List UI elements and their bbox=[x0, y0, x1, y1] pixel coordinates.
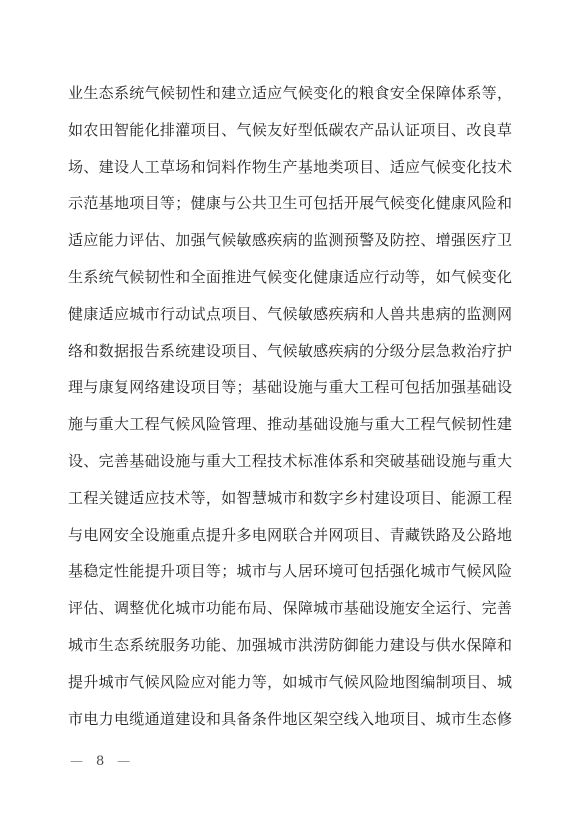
text-line: 场、建设人工草场和饲料作物生产基地类项目、适应气候变化技术 bbox=[68, 149, 512, 186]
text-line: 如农田智能化排灌项目、气候友好型低碳农产品认证项目、改良草 bbox=[68, 112, 512, 149]
text-line: 施与重大工程气候风险管理、推动基础设施与重大工程气候韧性建 bbox=[68, 406, 512, 443]
text-line: 生系统气候韧性和全面推进气候变化健康适应行动等，如气候变化 bbox=[68, 259, 512, 296]
text-line: 业生态系统气候韧性和建立适应气候变化的粮食安全保障体系等， bbox=[68, 75, 512, 112]
text-line: 与电网安全设施重点提升多电网联合并网项目、青藏铁路及公路地 bbox=[68, 517, 512, 554]
text-line: 基稳定性能提升项目等；城市与人居环境可包括强化城市气候风险 bbox=[68, 553, 512, 590]
text-line: 络和数据报告系统建设项目、气候敏感疾病的分级分层急救治疗护 bbox=[68, 333, 512, 370]
text-line: 提升城市气候风险应对能力等，如城市气候风险地图编制项目、城 bbox=[68, 664, 512, 701]
text-line: 适应能力评估、加强气候敏感疾病的监测预警及防控、增强医疗卫 bbox=[68, 222, 512, 259]
page-number-dash-left: — bbox=[70, 754, 83, 769]
text-line: 城市生态系统服务功能、加强城市洪涝防御能力建设与供水保障和 bbox=[68, 627, 512, 664]
page-number-dash-right: — bbox=[117, 754, 130, 769]
page-number: — 8 — bbox=[70, 754, 130, 769]
text-line: 评估、调整优化城市功能布局、保障城市基础设施安全运行、完善 bbox=[68, 590, 512, 627]
text-line: 理与康复网络建设项目等；基础设施与重大工程可包括加强基础设 bbox=[68, 369, 512, 406]
body-text: 业生态系统气候韧性和建立适应气候变化的粮食安全保障体系等， 如农田智能化排灌项目… bbox=[68, 75, 512, 737]
document-page: 业生态系统气候韧性和建立适应气候变化的粮食安全保障体系等， 如农田智能化排灌项目… bbox=[0, 0, 578, 818]
text-line: 健康适应城市行动试点项目、气候敏感疾病和人兽共患病的监测网 bbox=[68, 296, 512, 333]
text-line: 示范基地项目等；健康与公共卫生可包括开展气候变化健康风险和 bbox=[68, 185, 512, 222]
text-line: 市电力电缆通道建设和具备条件地区架空线入地项目、城市生态修 bbox=[68, 701, 512, 738]
text-line: 设、完善基础设施与重大工程技术标准体系和突破基础设施与重大 bbox=[68, 443, 512, 480]
text-line: 工程关键适应技术等，如智慧城市和数字乡村建设项目、能源工程 bbox=[68, 480, 512, 517]
page-number-value: 8 bbox=[96, 754, 104, 769]
